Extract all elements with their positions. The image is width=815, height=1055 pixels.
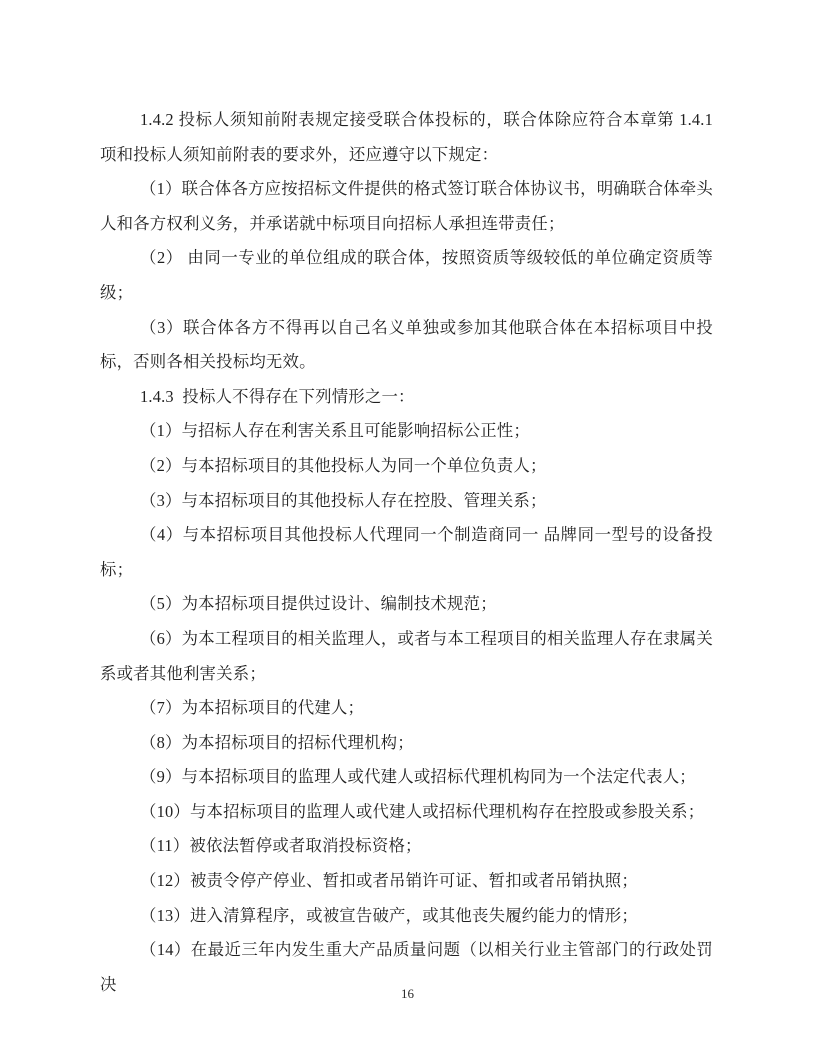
clause-1-4-3-item-4: （4）与本招标项目其他投标人代理同一个制造商同一 品牌同一型号的设备投标； <box>100 518 713 587</box>
clause-1-4-2: 1.4.2 投标人须知前附表规定接受联合体投标的，联合体除应符合本章第 1.4.… <box>100 103 713 172</box>
clause-1-4-2-item-1: （1）联合体各方应按招标文件提供的格式签订联合体协议书，明确联合体牵头人和各方权… <box>100 172 713 241</box>
clause-1-4-3-item-2: （2）与本招标项目的其他投标人为同一个单位负责人； <box>100 449 713 484</box>
clause-1-4-2-item-2: （2） 由同一专业的单位组成的联合体，按照资质等级较低的单位确定资质等级； <box>100 241 713 310</box>
clause-1-4-3-item-7: （7）为本招标项目的代建人； <box>100 691 713 726</box>
clause-1-4-3-item-1: （1）与招标人存在利害关系且可能影响招标公正性； <box>100 414 713 449</box>
clause-1-4-3-item-12: （12）被责令停产停业、暂扣或者吊销许可证、暂扣或者吊销执照； <box>100 864 713 899</box>
clause-1-4-3-item-6: （6）为本工程项目的相关监理人，或者与本工程项目的相关监理人存在隶属关系或者其他… <box>100 622 713 691</box>
clause-1-4-3-item-13: （13）进入清算程序，或被宣告破产，或其他丧失履约能力的情形； <box>100 899 713 934</box>
clause-1-4-3-item-3: （3）与本招标项目的其他投标人存在控股、管理关系； <box>100 484 713 519</box>
page-number: 16 <box>0 986 815 1002</box>
clause-1-4-3-item-11: （11）被依法暂停或者取消投标资格； <box>100 829 713 864</box>
clause-1-4-3: 1.4.3 投标人不得存在下列情形之一： <box>100 380 713 415</box>
document-body: 1.4.2 投标人须知前附表规定接受联合体投标的，联合体除应符合本章第 1.4.… <box>100 103 713 1002</box>
document-page: 1.4.2 投标人须知前附表规定接受联合体投标的，联合体除应符合本章第 1.4.… <box>0 0 815 1055</box>
clause-1-4-3-item-9: （9）与本招标项目的监理人或代建人或招标代理机构同为一个法定代表人； <box>100 760 713 795</box>
clause-1-4-3-item-8: （8）为本招标项目的招标代理机构； <box>100 726 713 761</box>
clause-1-4-3-item-5: （5）为本招标项目提供过设计、编制技术规范； <box>100 587 713 622</box>
clause-1-4-3-item-10: （10）与本招标项目的监理人或代建人或招标代理机构存在控股或参股关系； <box>100 795 713 830</box>
clause-1-4-2-item-3: （3）联合体各方不得再以自己名义单独或参加其他联合体在本招标项目中投标，否则各相… <box>100 311 713 380</box>
